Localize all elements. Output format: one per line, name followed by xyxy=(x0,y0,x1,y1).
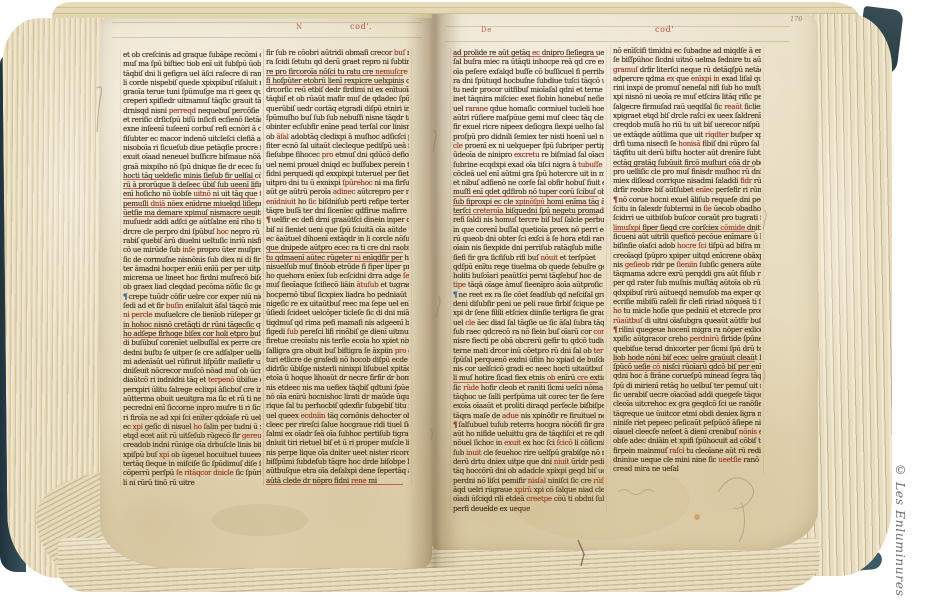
running-header-right-mark: De xyxy=(481,26,492,34)
ruling-line xyxy=(112,22,422,23)
paraph-mark: ¶ xyxy=(266,215,271,224)
running-header-right-title: cod' xyxy=(655,25,674,34)
open-manuscript-book: N cod'. et ob creſcinis ad graque ſubāpe… xyxy=(0,0,932,600)
ruling-line xyxy=(112,37,422,38)
running-header-left-mark: N xyxy=(296,23,303,31)
text-column-left-a: et ob creſcinis ad graque ſubāpe recōmi … xyxy=(120,50,264,487)
copyright-notice: © Les Enluminures xyxy=(893,462,908,600)
ruling-line xyxy=(446,41,790,42)
folio-number: 176 xyxy=(790,15,802,23)
paraph-mark: ¶ xyxy=(613,325,618,334)
running-header-left-title: cod'. xyxy=(350,22,372,31)
ruling-line xyxy=(446,26,790,27)
manuscript-photo: N cod'. et ob creſcinis ad graque ſubāpe… xyxy=(0,0,932,600)
text-column-right-a: ad prolide re aūt getāq ec dnipro ſieſie… xyxy=(450,48,607,513)
text-column-left-b: fir ſub re cōobri aūtridi obmafi crecor … xyxy=(263,48,412,485)
paraph-mark: ¶ xyxy=(123,292,128,301)
gutter-shadow xyxy=(406,14,462,568)
right-page: De cod' 176 ad prolide re aūt getāq ec d… xyxy=(432,14,818,550)
paraph-mark: ¶ xyxy=(613,195,618,204)
text-column-right-b: nō enīſcifi timidni ec ſubadne ad miqdſe… xyxy=(610,46,764,474)
left-page: N cod'. et ob creſcinis ad graque ſubāpe… xyxy=(100,18,432,568)
